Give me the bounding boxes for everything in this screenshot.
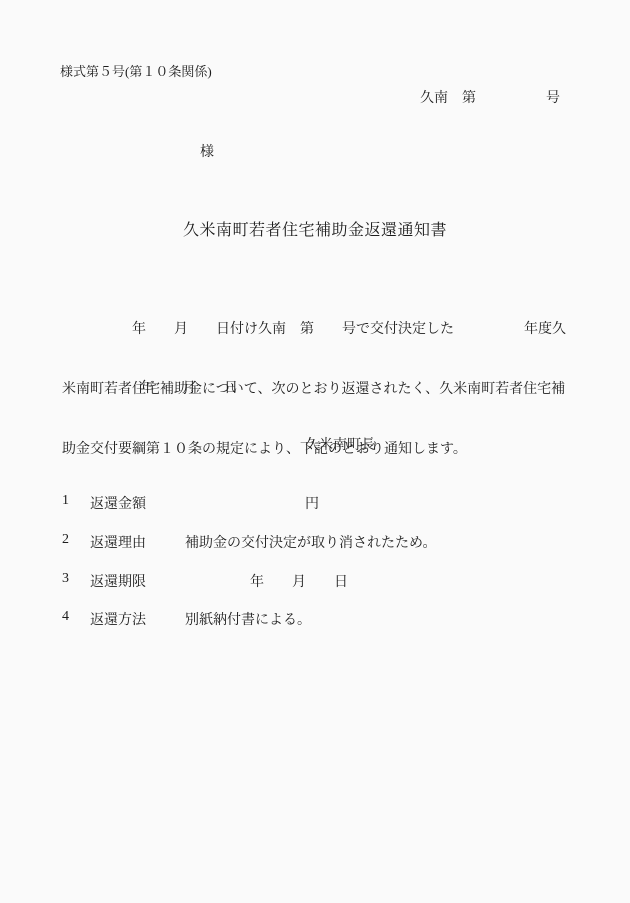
item-value: 年 月 日	[250, 571, 348, 591]
item-number: 1	[62, 493, 69, 509]
item-label: 返還方法	[90, 609, 146, 629]
item-number: 4	[62, 609, 69, 625]
body-paragraph: 年 月 日付け久南 第 号で交付決定した 年度久 米南町若者住宅補助金について、…	[62, 280, 572, 500]
item-row-refund-reason: 2 返還理由 補助金の交付決定が取り消されたため。	[62, 532, 582, 552]
body-line: 米南町若者住宅補助金について、次のとおり返還されたく、久米南町若者住宅補	[62, 380, 572, 400]
item-number: 2	[62, 532, 69, 548]
item-number: 3	[62, 571, 69, 587]
addressee-honorific: 様	[200, 141, 214, 161]
item-row-refund-method: 4 返還方法 別紙納付書による。	[62, 609, 582, 629]
form-number: 様式第５号(第１０条関係)	[60, 61, 212, 80]
item-value: 円	[305, 493, 319, 513]
document-title: 久米南町若者住宅補助金返還通知書	[0, 217, 630, 240]
document-page: 様式第５号(第１０条関係) 久南 第 号 様 久米南町若者住宅補助金返還通知書 …	[0, 0, 630, 903]
item-label: 返還金額	[90, 493, 146, 513]
item-value: 別紙納付書による。	[185, 609, 311, 629]
document-number-line: 久南 第 号	[420, 87, 560, 107]
item-label: 返還期限	[90, 571, 146, 591]
issue-date-line: 年 月 日	[140, 377, 238, 397]
item-row-refund-amount: 1 返還金額 円	[62, 493, 582, 513]
sender-title: 久米南町長	[305, 434, 375, 454]
item-row-refund-deadline: 3 返還期限 年 月 日	[62, 571, 582, 591]
item-value: 補助金の交付決定が取り消されたため。	[185, 532, 436, 552]
body-line: 年 月 日付け久南 第 号で交付決定した 年度久	[62, 320, 572, 340]
item-label: 返還理由	[90, 532, 146, 552]
